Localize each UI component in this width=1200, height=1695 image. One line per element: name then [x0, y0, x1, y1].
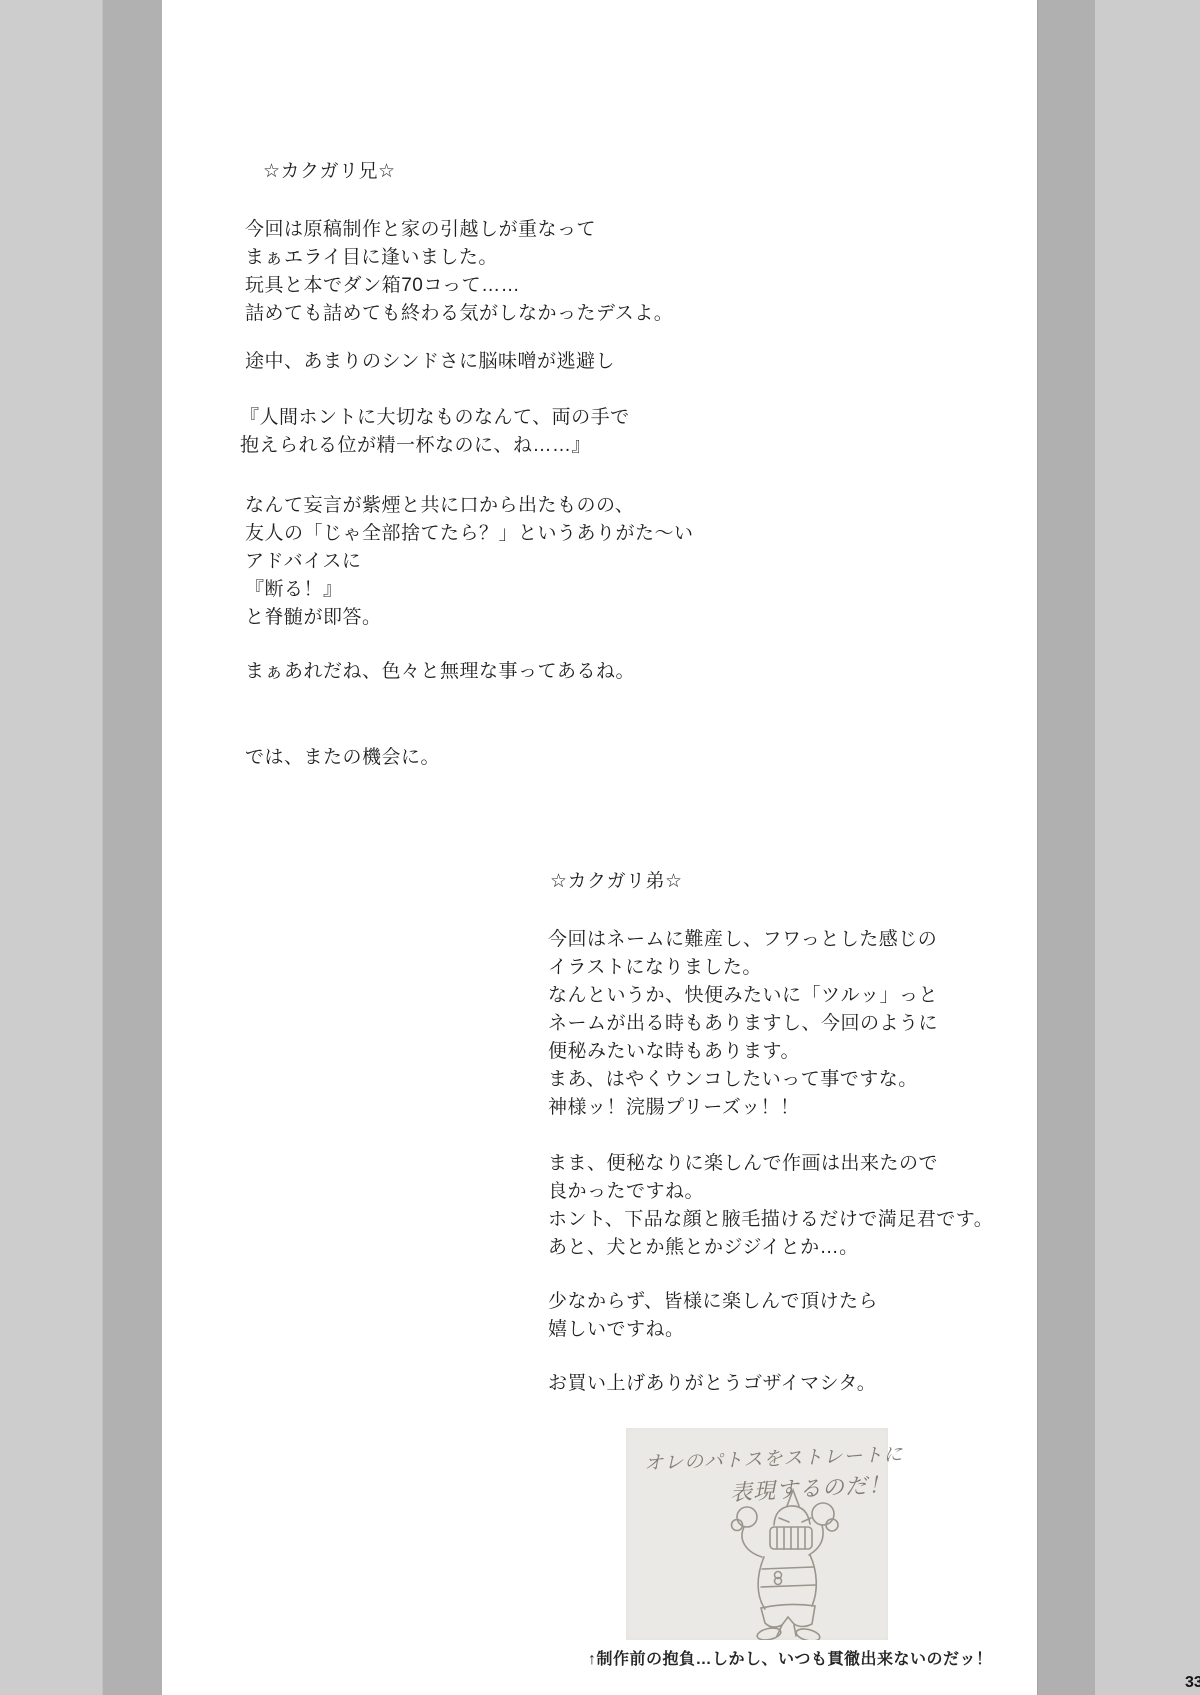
section-header-brother: ☆カクガリ兄☆	[263, 158, 396, 186]
paragraph: 今回は原稿制作と家の引越しが重なって まぁエライ目に逢いました。 玩具と本でダン…	[245, 216, 673, 328]
scan-gutter-right-inner	[1037, 0, 1097, 1695]
paragraph: 『人間ホントに大切なものなんて、両の手で 抱えられる位が精一杯なのに、ね……』	[240, 404, 630, 460]
sketch-caption: ↑制作前の抱負…しかし、いつも貫徹出来ないのだッ！	[588, 1646, 964, 1669]
paragraph: 今回はネームに難産し、フワっとした感じの イラストになりました。 なんというか、…	[548, 926, 938, 1122]
scan-gutter-right-outer	[1095, 0, 1200, 1695]
paragraph: なんて妄言が紫煙と共に口から出たものの、 友人の「じゃ全部捨てたら？」というあり…	[245, 492, 694, 632]
paragraph: 途中、あまりのシンドさに脳味噌が逃避し	[245, 348, 615, 376]
paragraph: 少なからず、皆様に楽しんで頂けたら 嬉しいですね。	[548, 1288, 878, 1344]
scan-gutter-left-inner	[102, 0, 164, 1695]
section-header-younger-brother: ☆カクガリ弟☆	[550, 868, 683, 896]
paragraph: お買い上げありがとうゴザイマシタ。	[548, 1370, 876, 1398]
paragraph: まま、便秘なりに楽しんで作画は出来たので 良かったですね。 ホント、下品な顔と腋…	[548, 1150, 993, 1262]
pencil-sketch-panel: オレのパトスをストレートに 表現するのだ！	[626, 1428, 888, 1640]
paragraph: では、またの機会に。	[245, 744, 440, 772]
scanned-doujin-afterword-page: ☆カクガリ兄☆ 今回は原稿制作と家の引越しが重なって まぁエライ目に逢いました。…	[0, 0, 1200, 1695]
paragraph: まぁあれだね、色々と無理な事ってあるね。	[245, 658, 635, 686]
scan-gutter-left-outer	[0, 0, 102, 1695]
robot-boxer-doodle-icon	[626, 1428, 888, 1640]
page-number: 33	[1185, 1674, 1200, 1692]
